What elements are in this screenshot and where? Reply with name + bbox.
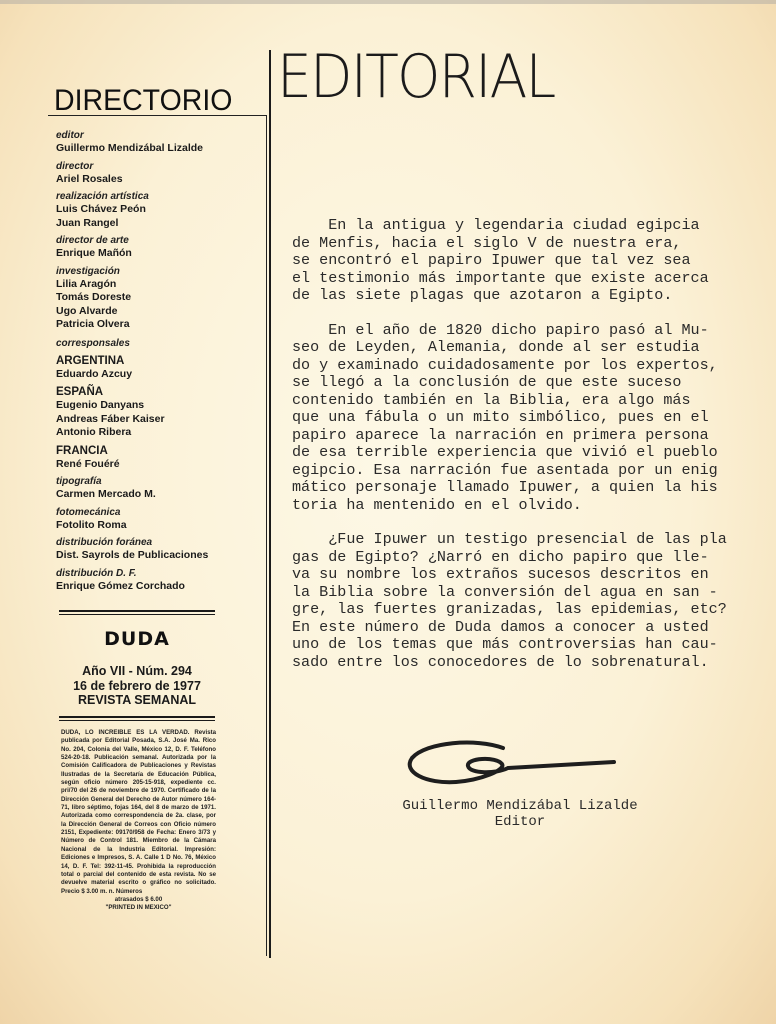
editor-title: Editor	[300, 814, 740, 830]
correspondents-section: corresponsales ARGENTINA Eduardo Azcuy E…	[56, 338, 261, 472]
country-label: ESPAÑA	[56, 385, 261, 399]
directory-section: director Ariel Rosales	[56, 161, 261, 187]
directory-section: investigación Lilia Aragón Tomás Doreste…	[56, 266, 261, 332]
staff-name: Luis Chávez Peón	[56, 203, 261, 217]
directory-section: realización artística Luis Chávez Peón J…	[56, 191, 261, 230]
double-rule-divider	[59, 610, 215, 615]
role-label: director de arte	[56, 235, 261, 247]
staff-name: Enrique Gómez Corchado	[56, 580, 261, 594]
legal-notice: DUDA, LO INCREIBLE ES LA VERDAD. Revista…	[61, 729, 216, 913]
staff-name: Carmen Mercado M.	[56, 488, 261, 502]
role-label: editor	[56, 130, 261, 142]
staff-name: Eduardo Azcuy	[56, 368, 261, 382]
country-label: FRANCIA	[56, 444, 261, 458]
signature-scribble	[406, 740, 616, 790]
issue-frequency: REVISTA SEMANAL	[59, 693, 215, 708]
staff-name: Juan Rangel	[56, 217, 261, 231]
staff-name: Fotolito Roma	[56, 519, 261, 533]
staff-name: Tomás Doreste	[56, 291, 261, 305]
role-label: realización artística	[56, 191, 261, 203]
directory-section: tipografía Carmen Mercado M.	[56, 476, 261, 502]
role-label: investigación	[56, 266, 261, 278]
editorial-title: EDITORIAL	[277, 42, 554, 112]
role-label: distribución D. F.	[56, 568, 261, 580]
editor-name: Guillermo Mendizábal Lizalde	[300, 798, 740, 814]
role-label: corresponsales	[56, 338, 261, 350]
role-label: fotomecánica	[56, 507, 261, 519]
column-divider	[269, 50, 271, 958]
staff-name: Ugo Alvarde	[56, 305, 261, 319]
directory-section: distribución D. F. Enrique Gómez Corchad…	[56, 568, 261, 594]
page-edge	[0, 0, 776, 4]
role-label: tipografía	[56, 476, 261, 488]
staff-name: René Fouéré	[56, 458, 261, 472]
editorial-paragraph: ¿Fue Ipuwer un testigo presencial de las…	[292, 531, 752, 671]
staff-name: Dist. Sayrols de Publicaciones	[56, 549, 261, 563]
printed-in-notice: "PRINTED IN MEXICO"	[61, 904, 216, 912]
directory-list: editor Guillermo Mendizábal Lizalde dire…	[56, 130, 261, 598]
editorial-body: En la antigua y legendaria ciudad egipci…	[292, 217, 752, 688]
back-issues-price: atrasados $ 6.00	[61, 896, 216, 904]
role-label: director	[56, 161, 261, 173]
staff-name: Enrique Mañón	[56, 247, 261, 261]
directory-section: editor Guillermo Mendizábal Lizalde	[56, 130, 261, 156]
staff-name: Lilia Aragón	[56, 278, 261, 292]
legal-text: DUDA, LO INCREIBLE ES LA VERDAD. Revista…	[61, 729, 216, 895]
staff-name: Ariel Rosales	[56, 173, 261, 187]
magazine-logo: DUDA	[59, 628, 215, 650]
staff-name: Patricia Olvera	[56, 318, 261, 332]
issue-info: Año VII - Núm. 294 16 de febrero de 1977…	[59, 664, 215, 708]
directory-section: fotomecánica Fotolito Roma	[56, 507, 261, 533]
staff-name: Guillermo Mendizábal Lizalde	[56, 142, 261, 156]
double-rule-divider	[59, 716, 215, 721]
directory-section: director de arte Enrique Mañón	[56, 235, 261, 261]
staff-name: Andreas Fáber Kaiser	[56, 413, 261, 427]
signature-block: Guillermo Mendizábal Lizalde Editor	[300, 798, 740, 830]
staff-name: Eugenio Danyans	[56, 399, 261, 413]
directory-section: distribución foránea Dist. Sayrols de Pu…	[56, 537, 261, 563]
staff-name: Antonio Ribera	[56, 426, 261, 440]
country-label: ARGENTINA	[56, 354, 261, 368]
directory-title: DIRECTORIO	[54, 84, 232, 118]
editorial-paragraph: En el año de 1820 dicho papiro pasó al M…	[292, 322, 752, 515]
role-label: distribución foránea	[56, 537, 261, 549]
editorial-paragraph: En la antigua y legendaria ciudad egipci…	[292, 217, 752, 305]
issue-date: 16 de febrero de 1977	[59, 679, 215, 694]
issue-number: Año VII - Núm. 294	[59, 664, 215, 679]
